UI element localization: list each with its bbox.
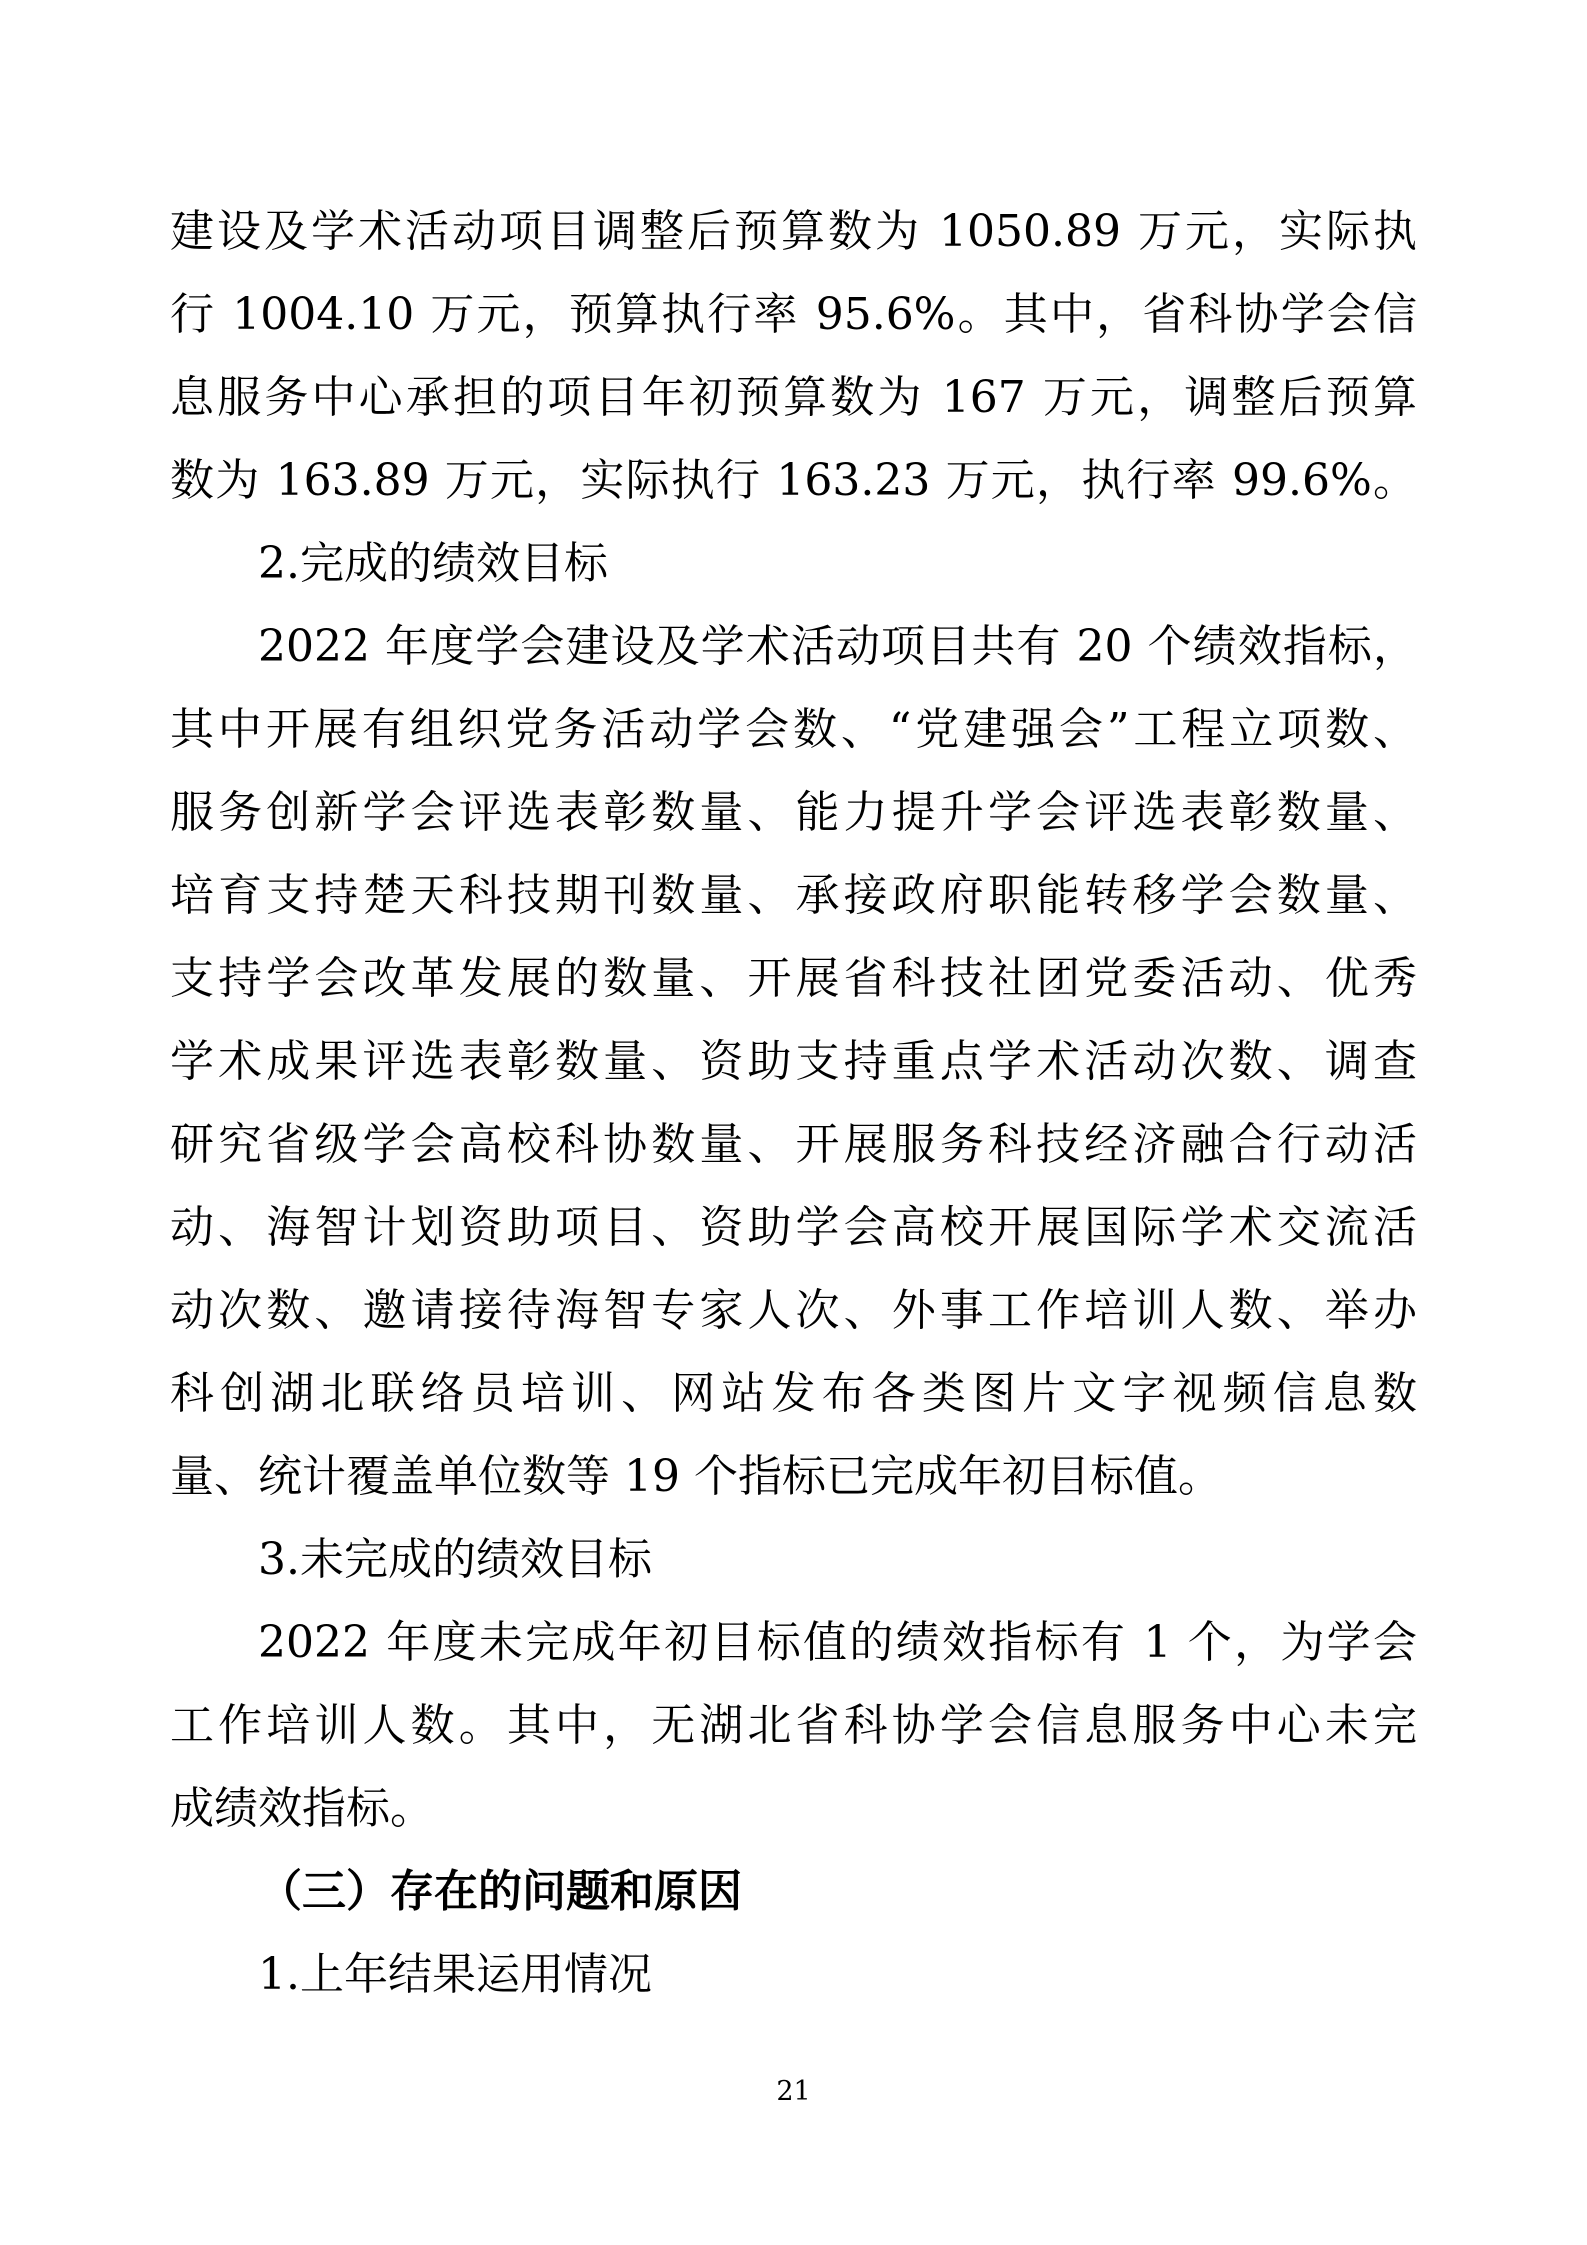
text-line: 成绩效指标。	[170, 1767, 1417, 1850]
document-page: 建设及学术活动项目调整后预算数为 1050.89 万元，实际执行 1004.10…	[0, 0, 1587, 2245]
text-line: 息服务中心承担的项目年初预算数为 167 万元，调整后预算	[170, 356, 1417, 439]
text-line: 支持学会改革发展的数量、开展省科技社团党委活动、优秀	[170, 937, 1417, 1020]
text-line: 科创湖北联络员培训、网站发布各类图片文字视频信息数	[170, 1352, 1417, 1435]
text-line: 2022 年度未完成年初目标值的绩效指标有 1 个，为学会	[170, 1601, 1417, 1684]
text-line: 1.上年结果运用情况	[170, 1933, 1417, 2016]
text-line: （三）存在的问题和原因	[170, 1850, 1417, 1933]
text-line: 行 1004.10 万元，预算执行率 95.6%。其中，省科协学会信	[170, 273, 1417, 356]
text-line: 3.未完成的绩效目标	[170, 1518, 1417, 1601]
text-line: 动次数、邀请接待海智专家人次、外事工作培训人数、举办	[170, 1269, 1417, 1352]
text-line: 数为 163.89 万元，实际执行 163.23 万元，执行率 99.6%。	[170, 439, 1417, 522]
text-line: 动、海智计划资助项目、资助学会高校开展国际学术交流活	[170, 1186, 1417, 1269]
text-line: 量、统计覆盖单位数等 19 个指标已完成年初目标值。	[170, 1435, 1417, 1518]
text-line: 服务创新学会评选表彰数量、能力提升学会评选表彰数量、	[170, 771, 1417, 854]
document-body: 建设及学术活动项目调整后预算数为 1050.89 万元，实际执行 1004.10…	[170, 190, 1417, 2016]
text-line: 研究省级学会高校科协数量、开展服务科技经济融合行动活	[170, 1103, 1417, 1186]
text-line: 工作培训人数。其中，无湖北省科协学会信息服务中心未完	[170, 1684, 1417, 1767]
text-line: 学术成果评选表彰数量、资助支持重点学术活动次数、调查	[170, 1020, 1417, 1103]
text-line: 培育支持楚天科技期刊数量、承接政府职能转移学会数量、	[170, 854, 1417, 937]
text-line: 其中开展有组织党务活动学会数、“党建强会”工程立项数、	[170, 688, 1417, 771]
text-line: 建设及学术活动项目调整后预算数为 1050.89 万元，实际执	[170, 190, 1417, 273]
text-line: 2.完成的绩效目标	[170, 522, 1417, 605]
text-line: 2022 年度学会建设及学术活动项目共有 20 个绩效指标，	[170, 605, 1417, 688]
page-number: 21	[0, 2072, 1587, 2112]
